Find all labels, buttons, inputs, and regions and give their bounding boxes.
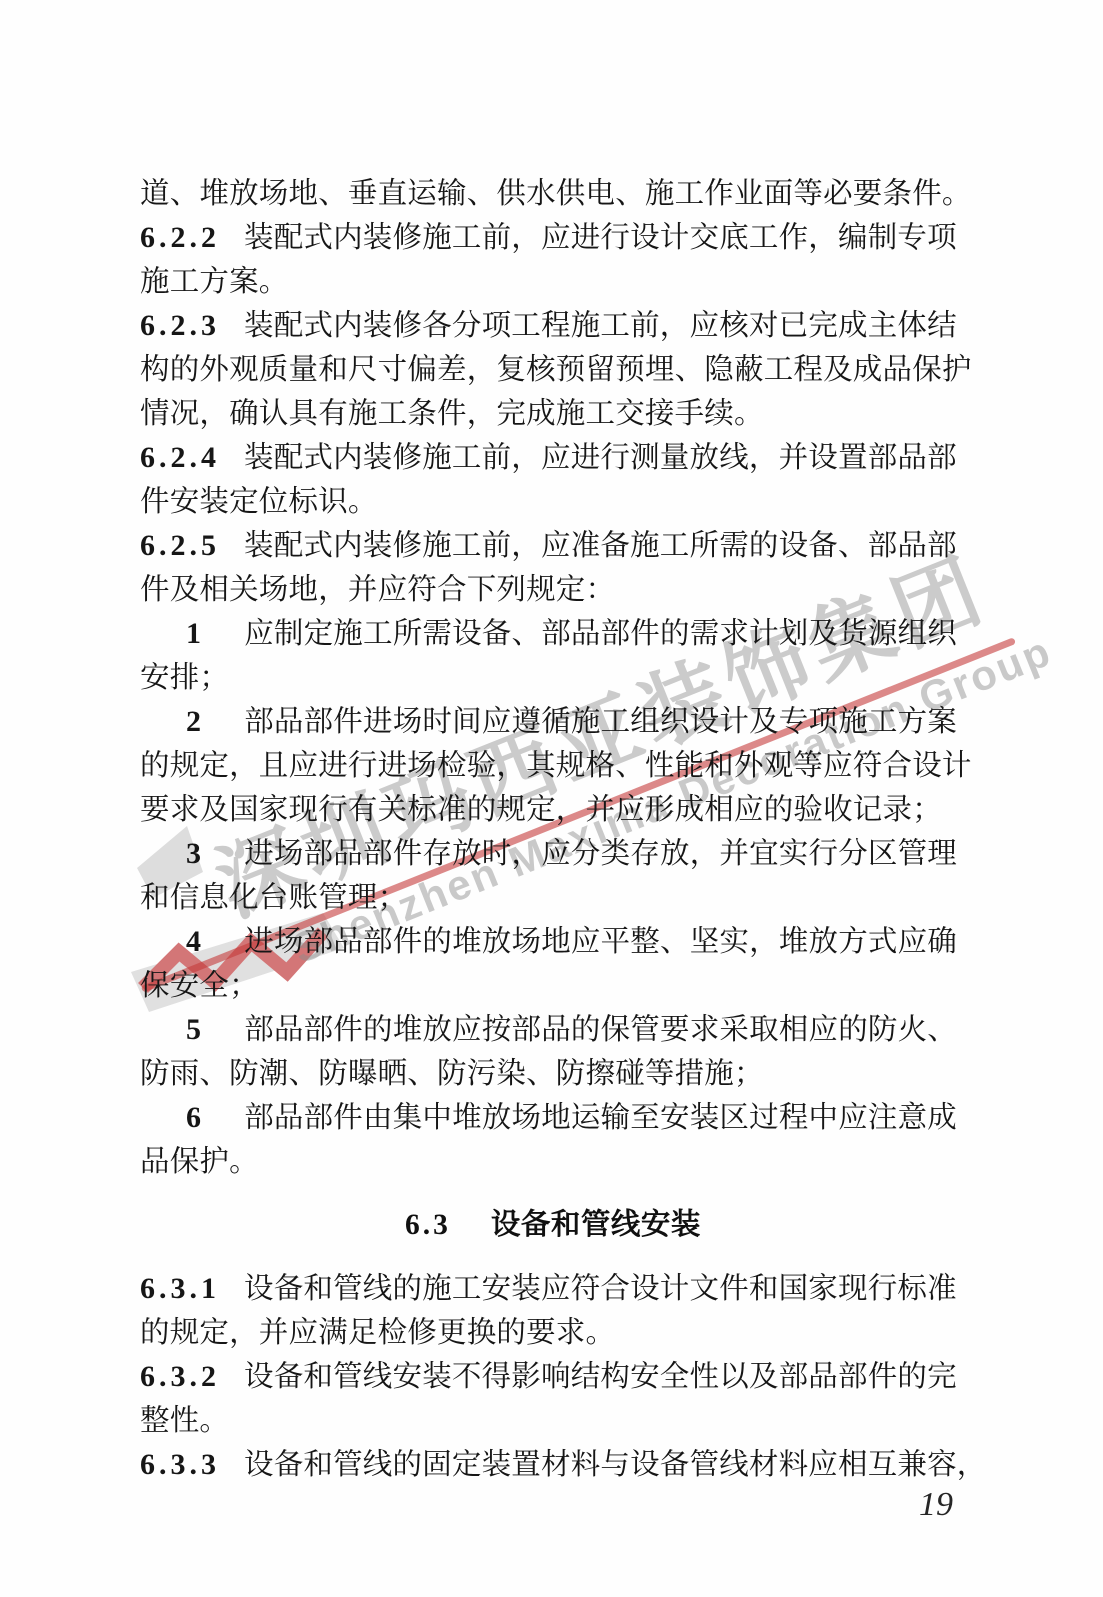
line-text: 装配式内装修施工前，应进行设计交底工作，编制专项 — [244, 222, 957, 254]
line-text: 品保护。 — [140, 1146, 259, 1178]
section-heading: 6.3设备和管线安装 — [140, 1203, 966, 1247]
document-page: 深圳玛西亚装饰集团 Shenzhen Maxima Decoration Gro… — [0, 0, 1103, 1597]
clause-number: 6.3.3 — [140, 1448, 220, 1481]
line-text: 装配式内装修施工前，应进行测量放线，并设置部品部 — [244, 442, 957, 474]
line-text: 部品部件由集中堆放场地运输至安装区过程中应注意成 — [244, 1102, 957, 1134]
clause-line: 6.3.2设备和管线安装不得影响结构安全性以及部品部件的完 — [140, 1355, 966, 1399]
line-text: 整性。 — [140, 1405, 229, 1437]
page-number: 19 — [919, 1486, 953, 1524]
line-text: 进场部品部件的堆放场地应平整、坚实，堆放方式应确 — [244, 926, 957, 958]
section-heading-title: 设备和管线安装 — [491, 1208, 701, 1241]
text-line: 情况，确认具有施工条件，完成施工交接手续。 — [140, 392, 966, 436]
line-text: 应制定施工所需设备、部品部件的需求计划及货源组织 — [244, 618, 957, 650]
clause-line: 6.2.3装配式内装修各分项工程施工前，应核对已完成主体结 — [140, 304, 966, 348]
text-line: 道、堆放场地、垂直运输、供水供电、施工作业面等必要条件。 — [140, 172, 966, 216]
clause-number: 6.2.4 — [140, 441, 220, 474]
line-text: 设备和管线的固定装置材料与设备管线材料应相互兼容， — [244, 1449, 987, 1481]
text-line: 安排； — [140, 656, 966, 700]
line-text: 装配式内装修施工前，应准备施工所需的设备、部品部 — [244, 530, 957, 562]
text-line: 件安装定位标识。 — [140, 480, 966, 524]
list-item-line: 6部品部件由集中堆放场地运输至安装区过程中应注意成 — [140, 1096, 966, 1140]
list-item-line: 1应制定施工所需设备、部品部件的需求计划及货源组织 — [140, 612, 966, 656]
line-text: 要求及国家现行有关标准的规定，并应形成相应的验收记录； — [140, 794, 942, 826]
item-number: 1 — [186, 617, 201, 650]
line-text: 保安全； — [140, 970, 259, 1002]
clause-line: 6.3.1设备和管线的施工安装应符合设计文件和国家现行标准 — [140, 1267, 966, 1311]
text-line: 保安全； — [140, 964, 966, 1008]
line-text: 装配式内装修各分项工程施工前，应核对已完成主体结 — [244, 310, 957, 342]
clause-line: 6.2.4装配式内装修施工前，应进行测量放线，并设置部品部 — [140, 436, 966, 480]
clause-line: 6.3.3设备和管线的固定装置材料与设备管线材料应相互兼容， — [140, 1443, 966, 1487]
text-line: 件及相关场地，并应符合下列规定： — [140, 568, 966, 612]
list-item-line: 4进场部品部件的堆放场地应平整、坚实，堆放方式应确 — [140, 920, 966, 964]
list-item-line: 5部品部件的堆放应按部品的保管要求采取相应的防火、 — [140, 1008, 966, 1052]
text-line: 防雨、防潮、防曝晒、防污染、防擦碰等措施； — [140, 1052, 966, 1096]
item-number: 5 — [186, 1013, 201, 1046]
clause-number: 6.3.1 — [140, 1272, 220, 1305]
line-text: 设备和管线安装不得影响结构安全性以及部品部件的完 — [244, 1361, 957, 1393]
text-line: 和信息化台账管理； — [140, 876, 966, 920]
list-item-line: 3进场部品部件存放时，应分类存放，并宜实行分区管理 — [140, 832, 966, 876]
clause-line: 6.2.2装配式内装修施工前，应进行设计交底工作，编制专项 — [140, 216, 966, 260]
line-text: 设备和管线的施工安装应符合设计文件和国家现行标准 — [244, 1273, 957, 1305]
clause-number: 6.3.2 — [140, 1360, 220, 1393]
document-content: 道、堆放场地、垂直运输、供水供电、施工作业面等必要条件。6.2.2装配式内装修施… — [140, 172, 966, 1487]
line-text: 的规定，并应满足检修更换的要求。 — [140, 1317, 615, 1349]
line-text: 的规定，且应进行进场检验，其规格、性能和外观等应符合设计 — [140, 750, 972, 782]
list-item-line: 2部品部件进场时间应遵循施工组织设计及专项施工方案 — [140, 700, 966, 744]
line-text: 情况，确认具有施工条件，完成施工交接手续。 — [140, 398, 764, 430]
line-text: 部品部件的堆放应按部品的保管要求采取相应的防火、 — [244, 1014, 957, 1046]
item-number: 3 — [186, 837, 201, 870]
clause-number: 6.2.5 — [140, 529, 220, 562]
line-text: 施工方案。 — [140, 266, 289, 298]
line-text: 道、堆放场地、垂直运输、供水供电、施工作业面等必要条件。 — [140, 178, 972, 210]
text-line: 构的外观质量和尺寸偏差，复核预留预埋、隐蔽工程及成品保护 — [140, 348, 966, 392]
line-text: 防雨、防潮、防曝晒、防污染、防擦碰等措施； — [140, 1058, 764, 1090]
clause-number: 6.2.2 — [140, 221, 220, 254]
text-line: 整性。 — [140, 1399, 966, 1443]
text-line: 要求及国家现行有关标准的规定，并应形成相应的验收记录； — [140, 788, 966, 832]
text-line: 的规定，并应满足检修更换的要求。 — [140, 1311, 966, 1355]
item-number: 6 — [186, 1101, 201, 1134]
line-text: 安排； — [140, 662, 229, 694]
line-text: 和信息化台账管理； — [140, 882, 407, 914]
line-text: 进场部品部件存放时，应分类存放，并宜实行分区管理 — [244, 838, 957, 870]
line-text: 件安装定位标识。 — [140, 486, 378, 518]
line-text: 构的外观质量和尺寸偏差，复核预留预埋、隐蔽工程及成品保护 — [140, 354, 972, 386]
clause-number: 6.2.3 — [140, 309, 220, 342]
clause-line: 6.2.5装配式内装修施工前，应准备施工所需的设备、部品部 — [140, 524, 966, 568]
text-line: 的规定，且应进行进场检验，其规格、性能和外观等应符合设计 — [140, 744, 966, 788]
text-line: 施工方案。 — [140, 260, 966, 304]
item-number: 4 — [186, 925, 201, 958]
text-line: 品保护。 — [140, 1140, 966, 1184]
line-text: 部品部件进场时间应遵循施工组织设计及专项施工方案 — [244, 706, 957, 738]
line-text: 件及相关场地，并应符合下列规定： — [140, 574, 615, 606]
item-number: 2 — [186, 705, 201, 738]
section-heading-number: 6.3 — [405, 1209, 451, 1241]
